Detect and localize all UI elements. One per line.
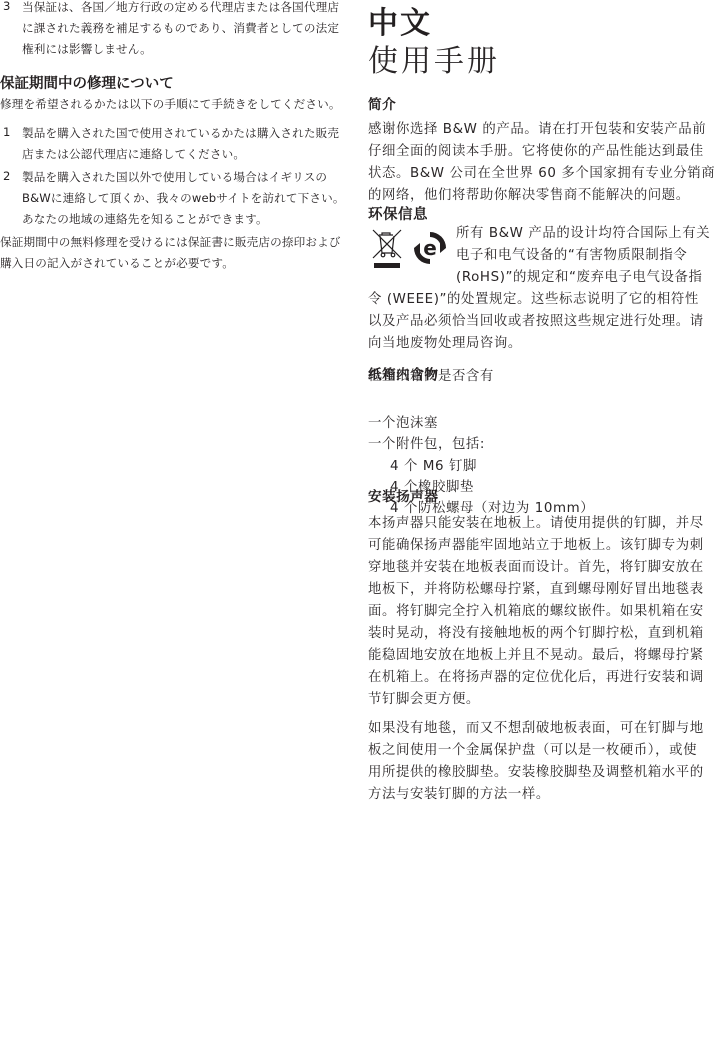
- carton-intro: 检查纸箱内是否含有: [368, 365, 494, 384]
- repair-step-2-line: 製品を購入された国以外で使用している場合はイギリスの: [22, 169, 327, 185]
- svg-text:e: e: [423, 236, 437, 260]
- section-heading-install: 安装扬声器: [368, 485, 438, 505]
- intro-line: 感谢你选择 B&W 的产品。请在打开包装和安装产品前: [368, 118, 706, 137]
- manual-title: 使用手册: [368, 36, 500, 80]
- install-line: 用所提供的橡胶脚垫。安装橡胶脚垫及调整机箱水平的: [368, 761, 704, 780]
- section-heading-environment: 环保信息: [368, 203, 428, 224]
- warranty-item-3-line: に課された義務を補足するものであり、消費者としての法定: [22, 20, 339, 36]
- environment-line: 电子和电气设备的“有害物质限制指令: [456, 244, 687, 263]
- environment-line: 令 (WEEE)”的处置规定。这些标志说明了它的相符性: [368, 288, 699, 307]
- repair-heading: 保証期間中の修理について: [0, 72, 174, 93]
- crossed-out-wheelie-bin-icon: [371, 228, 403, 272]
- rohs-e-recycle-icon: e: [410, 228, 450, 268]
- intro-line: 的网络，他们将帮助你解决零售商不能解决的问题。: [368, 184, 690, 203]
- install-line: 能稳固地安放在地板上并且不晃动。最后，将螺母拧紧: [368, 644, 704, 663]
- install-line: 面。将钉脚完全拧入机箱底的螺纹嵌件。如果机箱在安: [368, 600, 704, 619]
- install-line: 在机箱上。在将扬声器的定位优化后，再进行安装和调: [368, 666, 704, 685]
- warranty-item-3-line: 権利には影響しません。: [22, 41, 152, 57]
- list-number: 2: [3, 169, 10, 183]
- environment-icons: e: [368, 228, 450, 272]
- install-line: 本扬声器只能安装在地板上。请使用提供的钉脚，并尽: [368, 512, 704, 531]
- install-line: 节钉脚会更方便。: [368, 688, 480, 707]
- carton-item: 一个泡沫塞: [368, 412, 438, 431]
- warranty-item-3-line: 当保証は、各国／地方行政の定める代理店または各国代理店: [22, 0, 339, 15]
- environment-line: (RoHS)”的规定和“废弃电子电气设备指: [456, 266, 702, 285]
- repair-step-2-line: B&Wに連絡して頂くか、我々のwebサイトを訪れて下さい。: [22, 190, 345, 206]
- install-line: 穿地毯并安装在地板表面而设计。首先，将钉脚安放在: [368, 556, 704, 575]
- list-number: 1: [3, 125, 10, 139]
- install-line: 板之间使用一个金属保护盘（可以是一枚硬币），或使: [368, 739, 697, 758]
- section-heading-intro: 简介: [368, 93, 396, 113]
- closing-line: 保証期間中の無料修理を受けるには保証書に販売店の捺印および: [0, 234, 341, 250]
- intro-line: 状态。B&W 公司在全世界 60 多个国家拥有专业分销商: [368, 162, 714, 181]
- install-line: 方法与安装钉脚的方法一样。: [368, 783, 550, 802]
- repair-step-1-line: 製品を購入された国で使用されているかたは購入された販売: [22, 125, 339, 141]
- environment-line: 所有 B&W 产品的设计均符合国际上有关: [456, 222, 710, 241]
- install-line: 装时晃动，将没有接触地板的两个钉脚拧松，直到机箱: [368, 622, 704, 641]
- repair-step-1-line: 店または公認代理店に連絡してください。: [22, 146, 245, 162]
- repair-intro: 修理を希望されるかたは以下の手順にて手続きをしてください。: [0, 96, 341, 112]
- list-number: 3: [3, 0, 10, 13]
- closing-line: 購入日の記入がされていることが必要です。: [0, 255, 234, 271]
- environment-line: 向当地废物处理局咨询。: [368, 332, 522, 351]
- carton-item: 一个附件包，包括:: [368, 433, 485, 452]
- accessory-item: 4 个 M6 钉脚: [390, 455, 477, 474]
- intro-line: 仔细全面的阅读本手册。它将使你的产品性能达到最佳: [368, 140, 704, 159]
- install-line: 如果没有地毯，而又不想刮破地板表面，可在钉脚与地: [368, 717, 704, 736]
- environment-line: 以及产品必须恰当回收或者按照这些规定进行处理。请: [368, 310, 704, 329]
- install-line: 可能确保扬声器能牢固地站立于地板上。该钉脚专为刺: [368, 534, 704, 553]
- repair-step-2-line: あなたの地域の連絡先を知ることができます。: [22, 211, 268, 227]
- install-line: 地板下，并将防松螺母拧紧，直到螺母刚好冒出地毯表: [368, 578, 704, 597]
